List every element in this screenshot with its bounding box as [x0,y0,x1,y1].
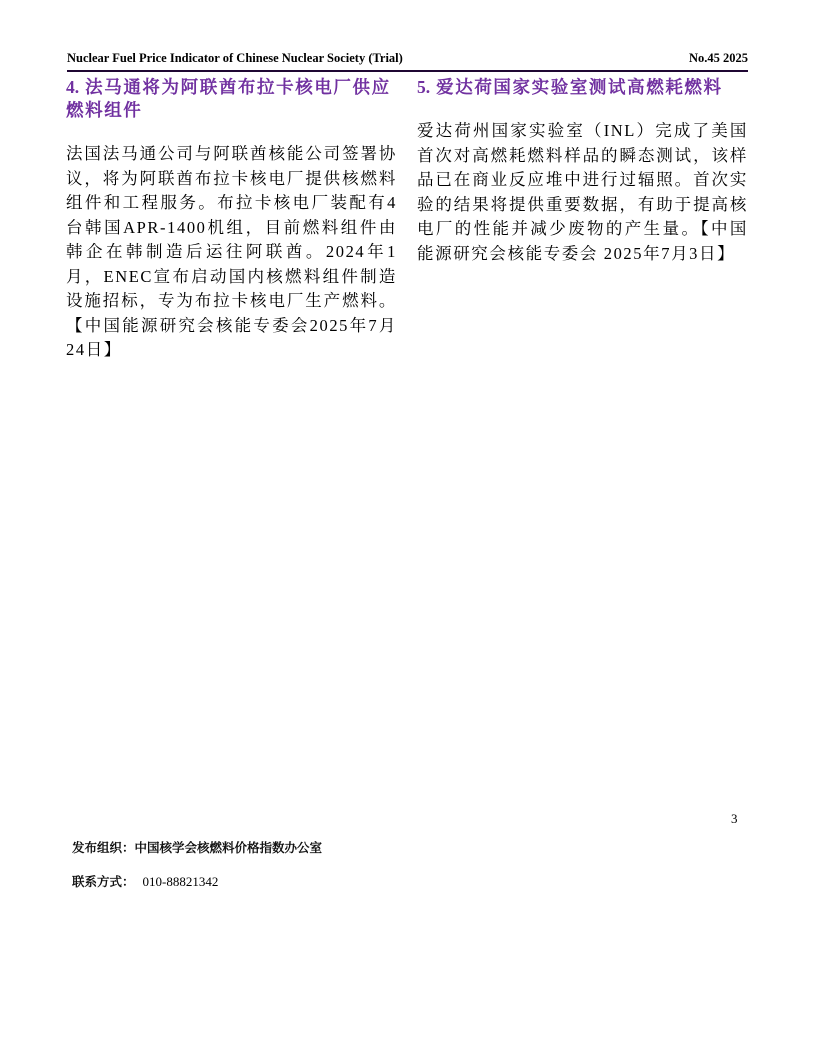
article-4-body: 法国法马通公司与阿联酋核能公司签署协议，将为阿联酋布拉卡核电厂提供核燃料组件和工… [66,142,397,363]
publisher-line: 发布组织：中国核学会核燃料价格指数办公室 [72,838,322,856]
document-page: Nuclear Fuel Price Indicator of Chinese … [0,0,816,1056]
page-header: Nuclear Fuel Price Indicator of Chinese … [67,51,748,72]
article-5-title-text: 爱达荷国家实验室测试高燃耗燃料 [436,77,723,97]
article-4: 4.法马通将为阿联酋布拉卡核电厂供应燃料组件 法国法马通公司与阿联酋核能公司签署… [66,76,397,363]
article-5: 5.爱达荷国家实验室测试高燃耗燃料 爱达荷州国家实验室（INL）完成了美国首次对… [417,76,748,363]
page-number: 3 [731,811,738,827]
contact-value: 010-88821342 [143,874,219,889]
header-title: Nuclear Fuel Price Indicator of Chinese … [67,51,403,66]
publisher-label: 发布组织： [72,841,135,855]
article-4-title-text: 法马通将为阿联酋布拉卡核电厂供应燃料组件 [66,77,391,120]
article-5-number: 5. [417,77,430,97]
contact-line: 联系方式：010-88821342 [72,872,218,890]
article-columns: 4.法马通将为阿联酋布拉卡核电厂供应燃料组件 法国法马通公司与阿联酋核能公司签署… [66,76,748,363]
article-5-title: 5.爱达荷国家实验室测试高燃耗燃料 [417,76,748,99]
article-4-title: 4.法马通将为阿联酋布拉卡核电厂供应燃料组件 [66,76,397,122]
contact-label: 联系方式： [72,875,135,889]
article-4-number: 4. [66,77,79,97]
publisher-value: 中国核学会核燃料价格指数办公室 [135,841,323,855]
article-5-body: 爱达荷州国家实验室（INL）完成了美国首次对高燃耗燃料样品的瞬态测试，该样品已在… [417,119,748,266]
header-issue-number: No.45 2025 [689,51,748,66]
